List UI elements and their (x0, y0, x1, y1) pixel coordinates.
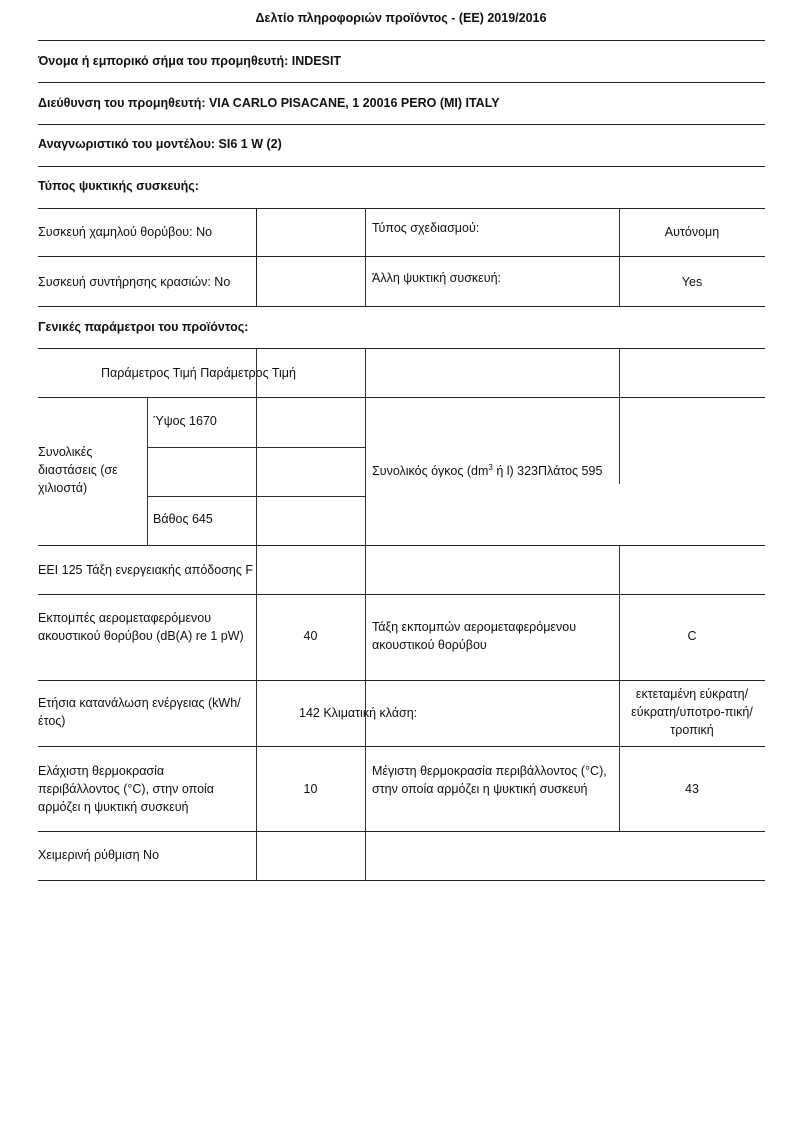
volume-suffix: ή l) 323Πλάτος 595 (493, 464, 603, 478)
noise-emissions-label: Εκπομπές αερομεταφερόμενου ακουστικού θο… (38, 609, 248, 645)
row-divider (38, 256, 765, 257)
climate-class-value: εκτεταμένη εύκρατη/ εύκρατη/υποτρο-πική/… (619, 685, 765, 739)
divider (38, 124, 765, 125)
cell-divider (147, 496, 365, 497)
min-temperature-value: 10 (256, 780, 365, 798)
row-divider (38, 397, 765, 398)
noise-class-label: Τάξη εκπομπών αερομεταφερόμενου ακουστικ… (372, 618, 612, 654)
column-divider (365, 348, 366, 881)
dimensions-label: Συνολικές διαστάσεις (σε χιλιοστά) (38, 443, 143, 497)
row-divider (38, 831, 765, 832)
other-refrigerating-label: Άλλη ψυκτική συσκευή: (372, 269, 501, 287)
column-divider (619, 348, 620, 484)
eei-energy-class: EEI 125 Τάξη ενεργειακής απόδοσης F (38, 561, 253, 579)
total-volume: Συνολικός όγκος (dm3 ή l) 323Πλάτος 595 (372, 462, 602, 480)
column-divider (365, 208, 366, 306)
divider (38, 40, 765, 41)
column-divider (256, 348, 257, 881)
table-border (38, 880, 765, 881)
table-border (38, 208, 765, 209)
noise-emissions-value: 40 (256, 627, 365, 645)
other-refrigerating-value: Yes (619, 273, 765, 291)
row-divider (38, 680, 765, 681)
depth-value: Βάθος 645 (153, 510, 213, 528)
annual-energy-and-climate: 142 Κλιματική κλάση: (299, 704, 417, 722)
row-divider (38, 594, 765, 595)
table-border (38, 306, 765, 307)
winter-setting: Χειμερινή ρύθμιση No (38, 846, 159, 864)
noise-class-value: C (619, 627, 765, 645)
table-border (38, 348, 765, 349)
low-noise-label: Συσκευή χαμηλού θορύβου: No (38, 223, 212, 241)
column-divider (256, 208, 257, 306)
wine-storage-label: Συσκευή συντήρησης κρασιών: No (38, 273, 230, 291)
annual-energy-label: Ετήσια κατανάλωση ενέργειας (kWh/έτος) (38, 694, 248, 730)
max-temperature-value: 43 (619, 780, 765, 798)
height-value: Ύψος 1670 (153, 412, 217, 430)
general-params-heading: Γενικές παράμετροι του προϊόντος: (38, 318, 248, 336)
divider (38, 82, 765, 83)
row-divider (38, 545, 765, 546)
cell-divider (147, 447, 365, 448)
row-divider (38, 746, 765, 747)
appliance-type-heading: Τύπος ψυκτικής συσκευής: (38, 177, 199, 195)
design-type-value: Αυτόνομη (619, 223, 765, 241)
document-title: Δελτίο πληροφοριών προϊόντος - (ΕΕ) 2019… (0, 11, 802, 25)
divider (38, 166, 765, 167)
parameter-header-row: Παράμετρος Τιμή Παράμετρος Τιμή (101, 364, 296, 382)
volume-prefix: Συνολικός όγκος (dm (372, 464, 488, 478)
supplier-name: Όνομα ή εμπορικό σήμα του προμηθευτή: IN… (38, 52, 341, 70)
model-identifier: Αναγνωριστικό του μοντέλου: SI6 1 W (2) (38, 135, 282, 153)
supplier-address: Διεύθυνση του προμηθευτή: VIA CARLO PISA… (38, 94, 500, 112)
max-temperature-label: Μέγιστη θερμοκρασία περιβάλλοντος (°C), … (372, 762, 612, 798)
min-temperature-label: Ελάχιστη θερμοκρασία περιβάλλοντος (°C),… (38, 762, 248, 816)
column-divider (147, 398, 148, 546)
design-type-label: Τύπος σχεδιασμού: (372, 219, 479, 237)
